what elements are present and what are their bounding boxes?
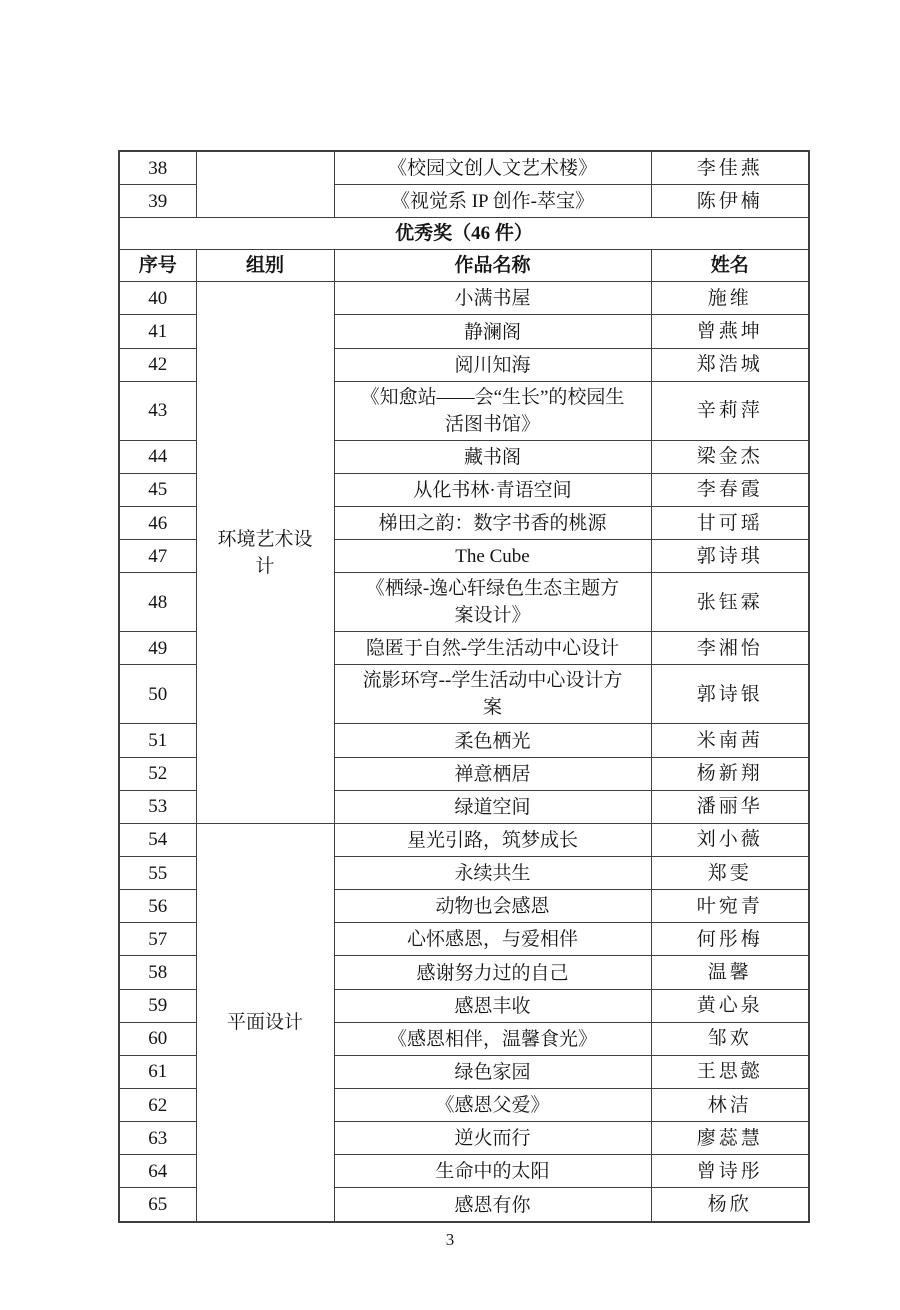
work-title-cell: 阅川知海 (334, 348, 651, 381)
work-title-cell: 隐匿于自然-学生活动中心设计 (334, 632, 651, 665)
row-number-cell: 59 (119, 989, 196, 1022)
work-title-cell: 《栖绿-逸心轩绿色生态主题方案设计》 (334, 573, 651, 632)
work-title-cell: 从化书林·青语空间 (334, 473, 651, 506)
author-name-cell: 曾燕坤 (651, 315, 809, 348)
work-title-cell: 感恩有你 (334, 1188, 651, 1222)
author-name-cell: 米南茜 (651, 724, 809, 757)
row-number-cell: 58 (119, 956, 196, 989)
work-title-cell-text: 绿道空间 (454, 794, 530, 821)
author-name-cell: 李春霞 (651, 473, 809, 506)
work-title-cell: 《校园文创人文艺术楼》 (334, 151, 651, 185)
author-name-cell: 叶宛青 (651, 890, 809, 923)
awards-table: 38《校园文创人文艺术楼》李佳燕39《视觉系 IP 创作-萃宝》陈伊楠优秀奖（4… (118, 150, 810, 1223)
work-title-cell-text: 绿色家园 (454, 1059, 530, 1086)
author-name-cell: 李佳燕 (651, 151, 809, 185)
author-name-cell: 潘丽华 (651, 790, 809, 823)
work-title-cell-text: 隐匿于自然-学生活动中心设计 (366, 635, 619, 662)
work-title-cell-text: 《感恩父爱》 (435, 1092, 549, 1119)
column-header-no: 序号 (119, 250, 196, 282)
author-name-cell: 陈伊楠 (651, 185, 809, 218)
page-number: 3 (0, 1230, 900, 1250)
work-title-cell-text: 禅意栖居 (454, 761, 530, 788)
author-name-cell: 李湘怡 (651, 632, 809, 665)
work-title-cell: 流影环穹--学生活动中心设计方案 (334, 665, 651, 724)
work-title-cell: The Cube (334, 540, 651, 573)
author-name-cell: 温馨 (651, 956, 809, 989)
work-title-cell-text: 藏书阁 (464, 444, 521, 471)
group-cell: 环境艺术设计 (196, 282, 334, 824)
row-number-cell: 47 (119, 540, 196, 573)
row-number-cell: 41 (119, 315, 196, 348)
author-name-cell: 郭诗琪 (651, 540, 809, 573)
work-title-cell: 心怀感恩，与爱相伴 (334, 923, 651, 956)
row-number-cell: 65 (119, 1188, 196, 1222)
row-number-cell: 63 (119, 1122, 196, 1155)
table-row: 40环境艺术设计小满书屋施维 (119, 282, 809, 315)
author-name-cell: 杨欣 (651, 1188, 809, 1222)
work-title-cell-text: 心怀感恩，与爱相伴 (407, 926, 578, 953)
work-title-cell-text: 《知愈站——会“生长”的校园生活图书馆》 (358, 384, 628, 438)
row-number-cell: 51 (119, 724, 196, 757)
author-name-cell: 杨新翔 (651, 757, 809, 790)
row-number-cell: 45 (119, 473, 196, 506)
row-number-cell: 57 (119, 923, 196, 956)
work-title-cell: 藏书阁 (334, 440, 651, 473)
work-title-cell: 逆火而行 (334, 1122, 651, 1155)
row-number-cell: 46 (119, 506, 196, 539)
work-title-cell-text: 动物也会感恩 (435, 893, 549, 920)
author-name-cell: 梁金杰 (651, 440, 809, 473)
group-cell: 平面设计 (196, 823, 334, 1221)
author-name-cell: 黄心泉 (651, 989, 809, 1022)
work-title-cell-text: 永续共生 (454, 860, 530, 887)
author-name-cell: 林洁 (651, 1088, 809, 1121)
row-number-cell: 43 (119, 381, 196, 440)
column-header-group: 组别 (196, 250, 334, 282)
work-title-cell: 感恩丰收 (334, 989, 651, 1022)
row-number-cell: 39 (119, 185, 196, 218)
row-number-cell: 61 (119, 1055, 196, 1088)
author-name-cell: 甘可瑶 (651, 506, 809, 539)
author-name-cell: 何彤梅 (651, 923, 809, 956)
row-number-cell: 52 (119, 757, 196, 790)
author-name-cell: 王思懿 (651, 1055, 809, 1088)
work-title-cell-text: 阅川知海 (454, 352, 530, 379)
table-row: 38《校园文创人文艺术楼》李佳燕 (119, 151, 809, 185)
work-title-cell: 星光引路，筑梦成长 (334, 823, 651, 856)
row-number-cell: 50 (119, 665, 196, 724)
row-number-cell: 53 (119, 790, 196, 823)
work-title-cell: 禅意栖居 (334, 757, 651, 790)
group-cell (196, 151, 334, 218)
work-title-cell-text: 静澜阁 (464, 319, 521, 346)
work-title-cell-text: 生命中的太阳 (435, 1158, 549, 1185)
row-number-cell: 64 (119, 1155, 196, 1188)
work-title-cell-text: 柔色栖光 (454, 728, 530, 755)
work-title-cell-text: 逆火而行 (454, 1125, 530, 1152)
author-name-cell: 张钰霖 (651, 573, 809, 632)
group-cell-text: 环境艺术设计 (215, 526, 315, 580)
column-header-title: 作品名称 (334, 250, 651, 282)
work-title-cell-text: 《校园文创人文艺术楼》 (388, 155, 597, 182)
row-number-cell: 54 (119, 823, 196, 856)
section-title: 优秀奖（46 件） (119, 218, 809, 250)
row-number-cell: 62 (119, 1088, 196, 1121)
group-cell-text: 平面设计 (227, 1009, 303, 1036)
author-name-cell: 郑雯 (651, 856, 809, 889)
work-title-cell-text: 《感恩相伴，温馨食光》 (388, 1026, 597, 1053)
work-title-cell-text: 流影环穹--学生活动中心设计方案 (358, 667, 628, 721)
work-title-cell-text: 《栖绿-逸心轩绿色生态主题方案设计》 (358, 575, 628, 629)
work-title-cell-text: 小满书屋 (454, 285, 530, 312)
work-title-cell: 小满书屋 (334, 282, 651, 315)
row-number-cell: 49 (119, 632, 196, 665)
work-title-cell-text: 梯田之韵：数字书香的桃源 (378, 510, 606, 537)
author-name-cell: 邹欢 (651, 1022, 809, 1055)
work-title-cell: 《知愈站——会“生长”的校园生活图书馆》 (334, 381, 651, 440)
author-name-cell: 郭诗银 (651, 665, 809, 724)
row-number-cell: 55 (119, 856, 196, 889)
work-title-cell: 《感恩父爱》 (334, 1088, 651, 1121)
author-name-cell: 辛莉萍 (651, 381, 809, 440)
row-number-cell: 42 (119, 348, 196, 381)
work-title-cell: 梯田之韵：数字书香的桃源 (334, 506, 651, 539)
row-number-cell: 60 (119, 1022, 196, 1055)
work-title-cell: 《感恩相伴，温馨食光》 (334, 1022, 651, 1055)
work-title-cell-text: 感谢努力过的自己 (416, 960, 568, 987)
column-header-name: 姓名 (651, 250, 809, 282)
work-title-cell: 感谢努力过的自己 (334, 956, 651, 989)
row-number-cell: 40 (119, 282, 196, 315)
work-title-cell-text: The Cube (455, 543, 529, 570)
table-row: 54平面设计星光引路，筑梦成长刘小薇 (119, 823, 809, 856)
row-number-cell: 44 (119, 440, 196, 473)
work-title-cell-text: 感恩有你 (454, 1192, 530, 1219)
column-header-row: 序号组别作品名称姓名 (119, 250, 809, 282)
work-title-cell: 永续共生 (334, 856, 651, 889)
row-number-cell: 48 (119, 573, 196, 632)
author-name-cell: 郑浩城 (651, 348, 809, 381)
work-title-cell-text: 从化书林·青语空间 (413, 477, 571, 504)
work-title-cell: 柔色栖光 (334, 724, 651, 757)
author-name-cell: 施维 (651, 282, 809, 315)
work-title-cell: 《视觉系 IP 创作-萃宝》 (334, 185, 651, 218)
work-title-cell: 绿道空间 (334, 790, 651, 823)
section-title-row: 优秀奖（46 件） (119, 218, 809, 250)
work-title-cell: 绿色家园 (334, 1055, 651, 1088)
work-title-cell-text: 星光引路，筑梦成长 (407, 827, 578, 854)
work-title-cell: 生命中的太阳 (334, 1155, 651, 1188)
work-title-cell: 动物也会感恩 (334, 890, 651, 923)
document-page: 38《校园文创人文艺术楼》李佳燕39《视觉系 IP 创作-萃宝》陈伊楠优秀奖（4… (0, 0, 900, 1310)
author-name-cell: 曾诗彤 (651, 1155, 809, 1188)
awards-table-body: 38《校园文创人文艺术楼》李佳燕39《视觉系 IP 创作-萃宝》陈伊楠优秀奖（4… (119, 151, 809, 1222)
work-title-cell-text: 感恩丰收 (454, 993, 530, 1020)
author-name-cell: 廖蕊慧 (651, 1122, 809, 1155)
row-number-cell: 38 (119, 151, 196, 185)
author-name-cell: 刘小薇 (651, 823, 809, 856)
work-title-cell-text: 《视觉系 IP 创作-萃宝》 (391, 188, 594, 215)
work-title-cell: 静澜阁 (334, 315, 651, 348)
row-number-cell: 56 (119, 890, 196, 923)
